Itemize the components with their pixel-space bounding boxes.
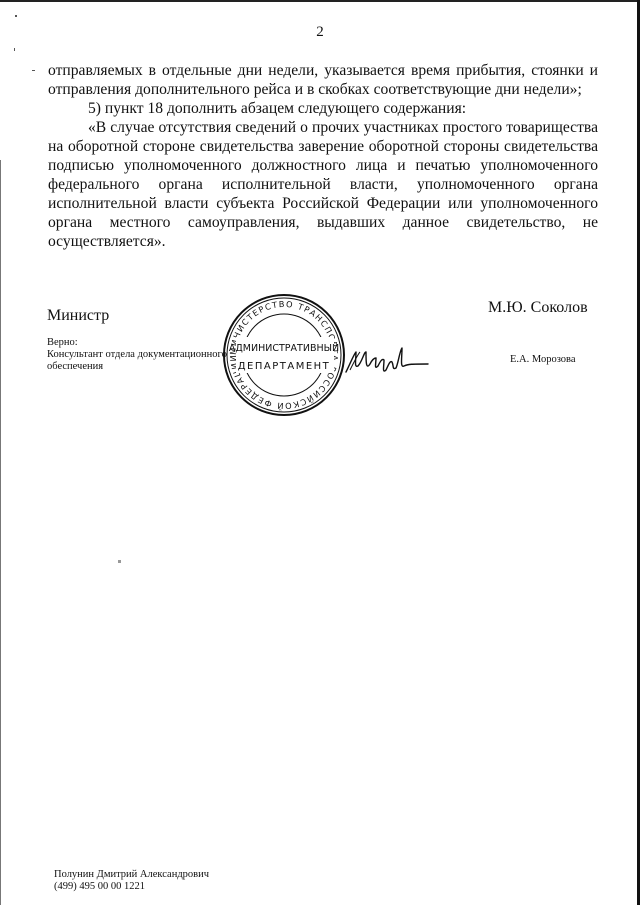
scan-speck [32,70,35,71]
certifier-name: Е.А. Морозова [510,354,576,365]
quote-line: федерального органа исполнительной власт… [48,175,598,194]
page-number: 2 [0,24,640,41]
contact-phone: (499) 495 00 00 1221 [54,881,209,893]
certifier-position: Консультант отдела документационного [47,349,227,361]
quote-line: исполнительной власти субъекта Российско… [48,194,598,213]
scan-speck [14,48,15,51]
contact-name: Полунин Дмитрий Александрович [54,869,209,881]
signature-icon [342,340,432,380]
signer-name: М.Ю. Соколов [488,299,588,317]
certifier-position: обеспечения [47,361,227,373]
scan-speck [118,560,121,563]
stamp-seal-icon: МИНИСТЕРСТВО ТРАНСПОРТА РОССИЙСКОЙ ФЕДЕР… [222,293,346,417]
quote-line: «В случае отсутствия сведений о прочих у… [48,118,598,137]
official-stamp: МИНИСТЕРСТВО ТРАНСПОРТА РОССИЙСКОЙ ФЕДЕР… [222,293,346,417]
certification-block: Верно: Консультант отдела документационн… [47,337,227,373]
stamp-center-line2: ДЕПАРТАМЕНТ [238,361,331,372]
quote-line: органа местного самоуправления, выдавших… [48,213,598,232]
footer-contact: Полунин Дмитрий Александрович (499) 495 … [54,869,209,893]
stamp-center-line1: АДМИНИСТРАТИВНЫЙ [229,342,339,354]
certification-label: Верно: [47,337,227,349]
document-body: отправляемых в отдельные дни недели, ука… [48,61,598,251]
quote-line: подписью уполномоченного должностного ли… [48,156,598,175]
handwritten-signature [342,340,432,380]
scan-speck [15,15,17,17]
amendment-quote: «В случае отсутствия сведений о прочих у… [48,118,598,137]
signer-title: Министр [47,307,109,325]
quote-line: осуществляется». [48,232,598,251]
item-5-heading: 5) пункт 18 дополнить абзацем следующего… [48,99,598,118]
body-line: отправляемых в отдельные дни недели, ука… [48,61,598,80]
quote-line: на оборотной стороне свидетельства завер… [48,137,598,156]
scan-top-edge [0,0,640,2]
body-line: отправления дополнительного рейса и в ск… [48,80,598,99]
scan-left-edge [0,160,1,905]
